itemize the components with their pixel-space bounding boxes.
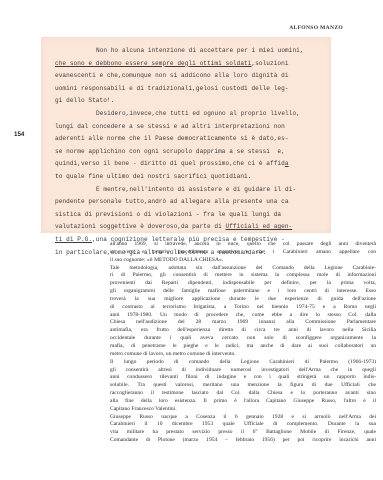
- text-line: gli organigrammi delle famiglie mafiose …: [110, 288, 376, 296]
- body-text: all'anno 1969, si intravede, ancora in n…: [110, 241, 376, 445]
- typed-text: lungi dal concedere a se stessi e ad alt…: [55, 123, 285, 130]
- running-head: ALFONSO MANZO: [289, 25, 343, 31]
- typed-text: quindi,verso il bene - diritto di quel p…: [55, 160, 285, 167]
- typed-line: gi dello Stato!.: [41, 95, 331, 108]
- text-line: gli consentirà altresì di individuare nu…: [110, 367, 376, 375]
- typed-text: pendente personale tutto,andrò ad allega…: [55, 198, 289, 205]
- typed-text: aderenti alle norme che il Paese democra…: [55, 135, 289, 142]
- typed-line: to quale fine ultimo dei nostri sacrific…: [41, 171, 331, 184]
- typed-line: pendente personale tutto,andrò ad allega…: [41, 196, 331, 209]
- typed-line: uomini responsabili e di tradizionali,ge…: [41, 83, 331, 96]
- text-line: Capitano Francesco Valentini.: [110, 406, 376, 414]
- typed-line: Non ho alcuna intenzione di accettare pe…: [41, 45, 331, 58]
- text-line: anni 1978-1980. Un modo di procedere che…: [110, 312, 376, 320]
- typed-line: se norme applichino con ogni scrupolo da…: [41, 146, 331, 159]
- underlined-text: che sono e debbono essere sempre degli o…: [55, 60, 251, 67]
- text-line: provenienti dai Reparti dipendenti, indi…: [110, 280, 376, 288]
- text-line: anni condussero rilevanti filoni di inda…: [110, 374, 376, 382]
- page-number: 154: [14, 131, 24, 138]
- text-line: Chiesa nell'audizione del 28 marzo 1969 …: [110, 319, 376, 327]
- typed-line: sistica di previsioni o di violazioni - …: [41, 209, 331, 222]
- typed-text: uomini responsabili e di tradizionali,ge…: [55, 85, 289, 92]
- book-page: ALFONSO MANZO 154 Non ho alcuna intenzio…: [0, 0, 383, 480]
- typed-line: quindi,verso il bene - diritto di quel p…: [41, 158, 331, 171]
- typed-text: se norme applichino con ogni scrupolo da…: [55, 148, 285, 155]
- text-line: mafia, di penetrarne le pieghe e le radi…: [110, 343, 376, 351]
- typed-line: evanescenti e che,comunque non si addico…: [41, 70, 331, 83]
- text-line: il suo cognome: «il METODO DALLA CHIESA»…: [110, 257, 376, 265]
- typed-text: evanescenti e che,comunque non si addico…: [55, 72, 289, 79]
- typed-text: gi dello Stato!.: [55, 97, 114, 104]
- text-line: raccoglieranno il testimone lasciato dal…: [110, 390, 376, 398]
- typed-text: Non ho alcuna intenzione di accettare pe…: [96, 47, 304, 54]
- text-line: Comandante di Plotone (marzo 1954 – febb…: [110, 437, 376, 445]
- typed-text: valutazioni soggettive è doveroso,da par…: [55, 223, 226, 230]
- typed-line: lungi dal concedere a se stessi e ad alt…: [41, 121, 331, 134]
- text-line: antimafia, era frutto dell'esperienza di…: [110, 327, 376, 335]
- typed-line: Desidero,invece,che tutti ed ognuno al p…: [41, 108, 331, 121]
- typed-text: ,soluzioni: [251, 60, 288, 67]
- typed-line: E mentre,nell'intento di assistere e di …: [41, 184, 331, 197]
- typed-line: che sono e debbono essere sempre degli o…: [41, 58, 331, 71]
- text-line: un vero e proprio procedimento operativo…: [110, 249, 376, 257]
- typewritten-document-image: Non ho alcuna intenzione di accettare pe…: [41, 37, 331, 233]
- text-line: Giuseppe Russo nacque a Cosenza il 6 gen…: [110, 414, 376, 422]
- text-line: Tale metodologia, adottata sin dall'assu…: [110, 265, 376, 273]
- typewritten-text: Non ho alcuna intenzione di accettare pe…: [41, 45, 331, 259]
- text-line: Il lungo periodo di comando della Legion…: [110, 359, 376, 367]
- typed-text: E mentre,nell'intento di assistere e di …: [96, 186, 296, 193]
- underlined-text: ti di P.G.: [55, 236, 92, 243]
- underlined-text: a: [285, 160, 289, 167]
- text-line: occidentale durante i quali aveva cercat…: [110, 335, 376, 343]
- text-line: troverà la sua migliore applicazione dur…: [110, 296, 376, 304]
- typed-text: sistica di previsioni o di violazioni - …: [55, 211, 281, 218]
- text-line: metro comune di lavoro, un metro comune …: [110, 351, 376, 359]
- underlined-text: Ufficiali ed agen-: [226, 223, 293, 230]
- text-line: solubile. Tra questi valorosi, meritano …: [110, 382, 376, 390]
- typed-line: aderenti alle norme che il Paese democra…: [41, 133, 331, 146]
- typed-text: Desidero,invece,che tutti ed ognuno al p…: [96, 110, 300, 117]
- text-line: ri di Palermo, gli consentirà di mettere…: [110, 272, 376, 280]
- text-line: di contrasto al terrorismo brigatista, a…: [110, 304, 376, 312]
- text-line: alla fine della loro esistenza. Il primo…: [110, 398, 376, 406]
- text-line: Carabinieri il 10 dicembre 1953 quale Uf…: [110, 421, 376, 429]
- text-line: all'anno 1969, si intravede, ancora in n…: [110, 241, 376, 249]
- text-line: vita militare ha prestato servizio press…: [110, 429, 376, 437]
- typed-line: valutazioni soggettive è doveroso,da par…: [41, 221, 331, 234]
- typed-text: to quale fine ultimo dei nostri sacrific…: [55, 173, 251, 180]
